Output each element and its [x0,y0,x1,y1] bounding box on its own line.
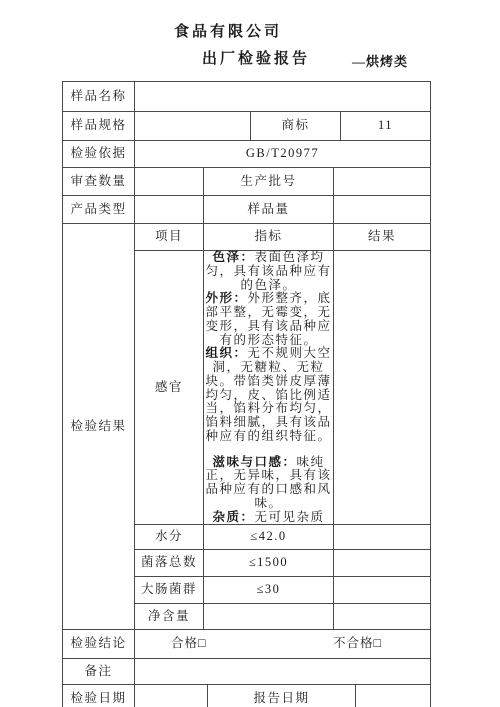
sensory-paragraph: 滋味与口感：味纯正，无异味，具有该品种应有的口感和风味。 [204,456,333,511]
sensory-paragraph: 组织：无不规则大空洞，无糖粒、无粒块。带馅类饼皮厚薄均匀，皮、馅比例适当，馅料分… [204,347,333,443]
sensory-paragraph: 外形：外形整齐，底部平整，无霉变，无变形，具有该品种应有的形态特征。 [204,292,333,347]
table-row: 检验依据 GB/T20977 [63,141,431,168]
table-row: 检验日期 报告日期 [63,685,431,707]
conclusion-pass-option: 合格□ [171,637,207,651]
table-row: 检验结果 项目 指标 结果 [63,224,431,251]
results-section-label: 检验结果 [63,224,135,630]
review-qty-value-cell [135,168,204,196]
table-row: 审查数量 生产批号 [63,168,431,196]
report-date-value-cell [356,685,431,707]
basis-label: 检验依据 [63,141,135,168]
sample-spec-label: 样品规格 [63,112,135,141]
sensory-paragraph: 杂质：无可见杂质 [204,511,333,525]
trademark-value: 11 [341,112,431,141]
lab-result-coliform [334,577,431,604]
table-row: 检验结论 合格□ 不合格□ [63,630,431,659]
remarks-label: 备注 [63,659,135,685]
sample-name-label: 样品名称 [63,82,135,112]
sensory-paragraph: 色泽：表面色泽均匀，具有该品种应有的色泽。 [204,251,333,292]
lab-item-moisture: 水分 [135,525,204,550]
sample-qty-label: 样品量 [204,196,334,224]
inspect-date-value-cell [135,685,208,707]
product-type-label: 产品类型 [63,196,135,224]
conclusion-fail-option: 不合格□ [333,637,382,651]
page: 食品有限公司 出厂检验报告 —烘烤类 样品名称 样品规格 商标 11 检验依据 … [0,0,500,707]
lab-item-net-content: 净含量 [135,604,204,630]
table-row: 样品名称 [63,82,431,112]
basis-value: GB/T20977 [135,141,431,168]
product-type-value-cell [135,196,204,224]
lab-result-colony-count [334,550,431,577]
lab-item-coliform: 大肠菌群 [135,577,204,604]
remarks-value-cell [135,659,431,685]
column-header-indicator: 指标 [204,224,334,251]
lab-indicator-colony-count: ≤1500 [204,550,334,577]
batch-no-label: 生产批号 [204,168,334,196]
lab-item-colony-count: 菌落总数 [135,550,204,577]
report-date-label: 报告日期 [208,685,356,707]
conclusion-label: 检验结论 [63,630,135,659]
lab-indicator-moisture: ≤42.0 [204,525,334,550]
sample-spec-value-cell [135,112,251,141]
lab-indicator-coliform: ≤30 [204,577,334,604]
table-row: 备注 [63,659,431,685]
sample-qty-value-cell [334,196,431,224]
sensory-label: 感官 [135,251,204,525]
lab-indicator-net-content [204,604,334,630]
lab-result-moisture [334,525,431,550]
company-name: 食品有限公司 [44,20,412,41]
column-header-result: 结果 [334,224,431,251]
column-header-item: 项目 [135,224,204,251]
report-header: 食品有限公司 出厂检验报告 —烘烤类 [62,20,430,68]
lab-result-net-content [334,604,431,630]
review-qty-label: 审查数量 [63,168,135,196]
batch-no-value-cell [334,168,431,196]
table-row: 样品规格 商标 11 [63,112,431,141]
trademark-label: 商标 [251,112,341,141]
inspection-table: 样品名称 样品规格 商标 11 检验依据 GB/T20977 审查数量 生产批号… [62,81,431,707]
category-label: —烘烤类 [352,51,408,70]
sensory-result-cell [334,251,431,525]
table-row: 产品类型 样品量 [63,196,431,224]
sensory-indicator-text: 色泽：表面色泽均匀，具有该品种应有的色泽。 外形：外形整齐，底部平整，无霉变，无… [204,251,334,525]
conclusion-cell: 合格□ 不合格□ [135,630,431,659]
sample-name-value-cell [135,82,431,112]
inspect-date-label: 检验日期 [63,685,135,707]
